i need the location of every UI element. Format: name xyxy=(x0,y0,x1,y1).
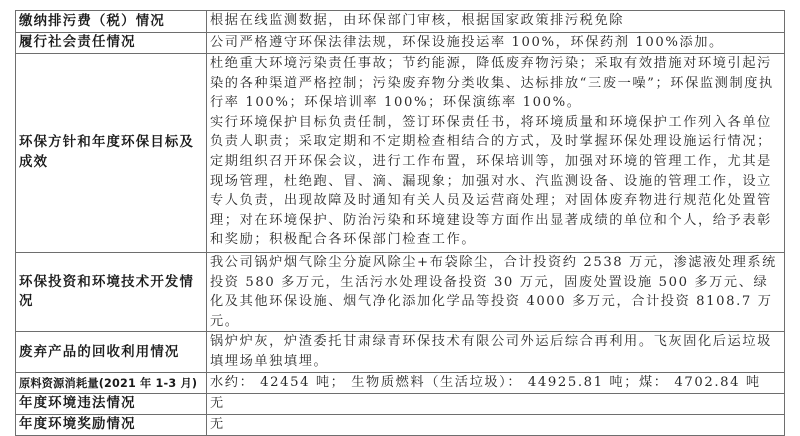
value-paragraph: 水约： 42454 吨； 生物质燃料（生活垃圾）： 44925.81 吨；煤： … xyxy=(210,373,781,393)
environmental-info-table: 缴纳排污费（税）情况 根据在线监测数据，由环保部门审核，根据国家政策排污税免除 … xyxy=(15,10,785,429)
row-label: 环保投资和环境技术开发情况 xyxy=(16,253,207,332)
value-paragraph: 我公司锅炉烟气除尘分旋风除尘+布袋除尘，合计投资约 2538 万元，渗滤液处理系… xyxy=(210,253,781,331)
row-value: 锅炉炉灰，炉渣委托甘肃绿青环保技术有限公司外运后综合再利用。飞灰固化后运垃圾填埋… xyxy=(207,332,785,373)
table-row-environmental-policy: 环保方针和年度环保目标及成效 杜绝重大环境污染责任事故；节约能源，降低废弃物污染… xyxy=(16,54,785,253)
row-label: 原料资源消耗量(2021 年 1-3 月) xyxy=(16,373,207,394)
value-paragraph: 公司严格遵守环保法律法规，环保设施投运率 100%，环保药剂 100%添加。 xyxy=(210,33,781,53)
row-value: 无 xyxy=(207,414,785,429)
row-label: 缴纳排污费（税）情况 xyxy=(16,11,207,33)
value-paragraph: 杜绝重大环境污染责任事故；节约能源，降低废弃物污染；采取有效措施对环境引起污染的… xyxy=(210,54,781,113)
table-row-social-responsibility: 履行社会责任情况 公司严格遵守环保法律法规，环保设施投运率 100%，环保药剂 … xyxy=(16,33,785,54)
row-label: 年度环境违法情况 xyxy=(16,394,207,415)
value-paragraph: 根据在线监测数据，由环保部门审核，根据国家政策排污税免除 xyxy=(210,11,781,31)
value-paragraph: 锅炉炉灰，炉渣委托甘肃绿青环保技术有限公司外运后综合再利用。飞灰固化后运垃圾填埋… xyxy=(210,332,781,371)
row-value: 水约： 42454 吨； 生物质燃料（生活垃圾）： 44925.81 吨；煤： … xyxy=(207,373,785,394)
row-value: 无 xyxy=(207,394,785,415)
row-label: 废弃产品的回收利用情况 xyxy=(16,332,207,373)
table-row-pollution-fee: 缴纳排污费（税）情况 根据在线监测数据，由环保部门审核，根据国家政策排污税免除 xyxy=(16,11,785,33)
table-row-awards: 年度环境奖励情况 无 xyxy=(16,414,785,429)
table-row-resource-consumption: 原料资源消耗量(2021 年 1-3 月) 水约： 42454 吨； 生物质燃料… xyxy=(16,373,785,394)
value-paragraph: 无 xyxy=(210,394,781,414)
table-row-environmental-investment: 环保投资和环境技术开发情况 我公司锅炉烟气除尘分旋风除尘+布袋除尘，合计投资约 … xyxy=(16,253,785,332)
value-paragraph: 无 xyxy=(210,415,781,429)
value-paragraph: 实行环境保护目标负责任制，签订环保责任书，将环境质量和环境保护工作列入各单位负责… xyxy=(210,113,781,250)
row-value: 我公司锅炉烟气除尘分旋风除尘+布袋除尘，合计投资约 2538 万元，渗滤液处理系… xyxy=(207,253,785,332)
row-value: 杜绝重大环境污染责任事故；节约能源，降低废弃物污染；采取有效措施对环境引起污染的… xyxy=(207,54,785,253)
table-row-violations: 年度环境违法情况 无 xyxy=(16,394,785,415)
row-label: 年度环境奖励情况 xyxy=(16,414,207,429)
row-value: 根据在线监测数据，由环保部门审核，根据国家政策排污税免除 xyxy=(207,11,785,33)
table-row-waste-recycling: 废弃产品的回收利用情况 锅炉炉灰，炉渣委托甘肃绿青环保技术有限公司外运后综合再利… xyxy=(16,332,785,373)
row-label: 履行社会责任情况 xyxy=(16,33,207,54)
row-value: 公司严格遵守环保法律法规，环保设施投运率 100%，环保药剂 100%添加。 xyxy=(207,33,785,54)
row-label: 环保方针和年度环保目标及成效 xyxy=(16,54,207,253)
